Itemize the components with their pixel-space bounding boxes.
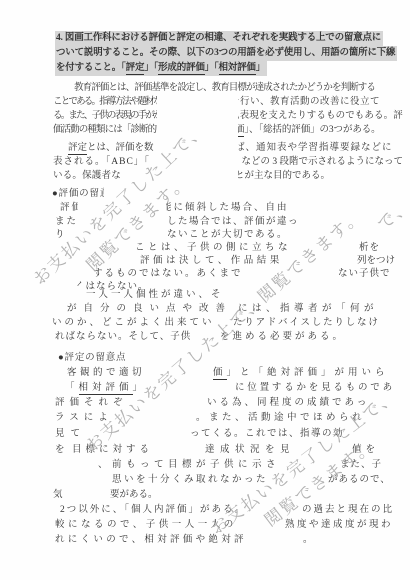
text-run: 思いを十分くみ取れなかった — [112, 475, 268, 485]
text-fragment: 客観的で適切 — [67, 367, 145, 379]
text-run: ことは、子供の側に立ちな — [135, 243, 291, 253]
payment-watermark: で、 — [372, 193, 410, 237]
text-run: ば、通知表や学習指導要録などに — [235, 143, 393, 153]
text-fragment: に位置するかを見るものであ — [235, 382, 395, 394]
text-run: 」「 — [144, 63, 158, 73]
heading-line-1: 4. 図画工作科における評価と評定の相違、それぞれを実践する上での留意点に — [55, 31, 383, 46]
text-run: 気 — [53, 490, 63, 500]
underlined-term: 評定 — [68, 143, 87, 155]
text-run: 析を — [359, 243, 380, 253]
text-run: 一人一人個性が違い、そ — [86, 290, 224, 300]
text-run: ●評定の留意点 — [58, 353, 126, 363]
text-fragment: 要がある。 — [110, 489, 158, 501]
text-fragment: いのか、どこがよく出来てい — [52, 317, 215, 329]
text-fragment: した場合では、評価が違っ — [167, 216, 299, 228]
text-fragment: 己表現を支えたりするものでもある。評 — [230, 110, 403, 122]
underlined-term: 相対評価 — [79, 383, 133, 395]
text-run: 能に傾斜した場合、自由 — [162, 203, 289, 213]
underlined-term: 相対評価 — [219, 63, 256, 75]
text-fragment: 熟度や達成度が現わ — [285, 519, 393, 531]
text-run: とは、評価を数 — [87, 143, 154, 153]
text-run: ればならない。そして、子供 — [55, 332, 191, 342]
text-fragment: の過去と現在の比 — [302, 504, 394, 516]
text-run: ついて説明すること。その際、以下の3つの用語を必ず使用し、用語の箇所に下線 — [56, 48, 395, 58]
text-run: 」などの 3 段階で示されるようになって — [232, 157, 403, 167]
text-fragment: ば、通知表や学習指導要録などに — [235, 142, 393, 154]
underlined-term: 価 — [213, 368, 227, 380]
text-run: いる。保護者な — [53, 171, 121, 181]
text-fragment: 評定とは、評価を数 — [68, 142, 154, 154]
text-run: 表される。「ABC」「 — [53, 157, 150, 167]
text-run: に位置するかを見るものであ — [235, 383, 395, 393]
text-fragment: とが主な目的である。 — [235, 170, 330, 182]
text-fragment: 。 — [303, 534, 313, 546]
text-run: 列をつけ — [357, 256, 395, 266]
text-fragment: 思いを十分くみ取れなかった — [112, 474, 268, 486]
text-run: ない子供で — [338, 269, 391, 279]
text-fragment: いる為、同程度の成績であっ — [207, 397, 369, 409]
heading-line-2: ついて説明すること。その際、以下の3つの用語を必ず使用し、用語の箇所に下線 — [55, 46, 397, 61]
text-run: 熟度や達成度が現わ — [285, 520, 393, 530]
text-run: 己表現を支えたりするものでもある。評 — [230, 111, 403, 121]
text-run: 客観的で適切 — [67, 368, 145, 378]
text-run: を付すること。「 — [56, 63, 126, 73]
text-run: ないことが大切である。 — [167, 230, 288, 240]
text-fragment: 価活動の種類には「診断的 — [53, 124, 156, 136]
text-run: 達成状況を見 — [205, 445, 295, 455]
text-fragment: 価」と「絶対評価」が用いら — [213, 367, 389, 379]
underlined-term: 評定 — [126, 63, 145, 75]
text-fragment: 達成状況を見 — [205, 444, 295, 456]
text-fragment: ない子供で — [338, 268, 391, 280]
text-fragment: 能に傾斜した場合、自由 — [162, 202, 289, 214]
text-run: 」と「絶対評価」が用いら — [227, 368, 389, 378]
underlined-term: 形成的評価 — [158, 63, 205, 75]
text-run: 要がある。 — [110, 490, 158, 500]
text-run: また — [55, 217, 78, 227]
text-run: 目標に対する — [72, 445, 153, 455]
text-fragment: ことは、子供の側に立ちな — [135, 242, 291, 254]
text-fragment: いる。保護者な — [53, 170, 121, 182]
text-run: 「 — [65, 383, 79, 393]
text-run: 」「 — [205, 63, 219, 73]
text-fragment: ●評定の留意点 — [58, 352, 126, 364]
text-fragment: 一人一人個性が違い、そ — [86, 289, 224, 301]
text-run: を — [55, 445, 65, 455]
text-run: するものではない。あくまで — [93, 269, 243, 279]
text-fragment: 気 — [53, 489, 63, 501]
text-run: の過去と現在の比 — [302, 505, 394, 515]
text-fragment: ればならない。そして、子供 — [55, 331, 191, 343]
text-fragment: が自分の良い点や改善 — [67, 303, 232, 315]
scanned-document-page: 4. 図画工作科における評価と評定の相違、それぞれを実践する上での留意点について… — [0, 0, 410, 580]
text-fragment: するものではない。あくまで — [93, 268, 243, 280]
text-run: る。また、子供の表現の手がか — [53, 111, 161, 121]
text-run: いる為、同程度の成績であっ — [207, 398, 369, 408]
text-fragment: 析を — [359, 242, 380, 254]
text-fragment: 価」、「総括的評価」の3つがある。 — [235, 124, 381, 136]
text-fragment: 列をつけ — [357, 255, 395, 267]
text-run: 価活動の種類には「診断的 — [53, 125, 156, 135]
text-fragment: 、前もって目標が子供に示さ — [98, 459, 280, 471]
text-fragment: 」などの 3 段階で示されるようになって — [232, 156, 403, 168]
text-run: 、前もって目標が子供に示さ — [98, 460, 280, 470]
heading-line-3: を付すること。「評定」「形成的評価」「相対評価」 — [55, 61, 267, 76]
text-fragment: ないことが大切である。 — [167, 229, 288, 241]
text-run: 。 — [303, 535, 313, 545]
watermark-text-line: で、 — [372, 193, 410, 237]
text-fragment: また — [55, 216, 78, 228]
text-run: 」 — [256, 63, 265, 73]
text-run: 4. 図画工作科における評価と評定の相違、それぞれを実践する上での留意点に — [56, 33, 381, 43]
text-fragment: を — [55, 444, 65, 456]
text-fragment: 表される。「ABC」「 — [53, 156, 150, 168]
text-run: いのか、どこがよく出来てい — [52, 318, 215, 328]
text-run: した場合では、評価が違っ — [167, 217, 299, 227]
text-run: 」、「総括的評価」の3つがある。 — [244, 125, 380, 135]
text-fragment: る。また、子供の表現の手がか — [53, 110, 161, 122]
text-fragment: 目標に対する — [72, 444, 153, 456]
text-run: が自分の良い点や改善 — [67, 304, 232, 314]
text-run: とが主な目的である。 — [235, 171, 330, 181]
